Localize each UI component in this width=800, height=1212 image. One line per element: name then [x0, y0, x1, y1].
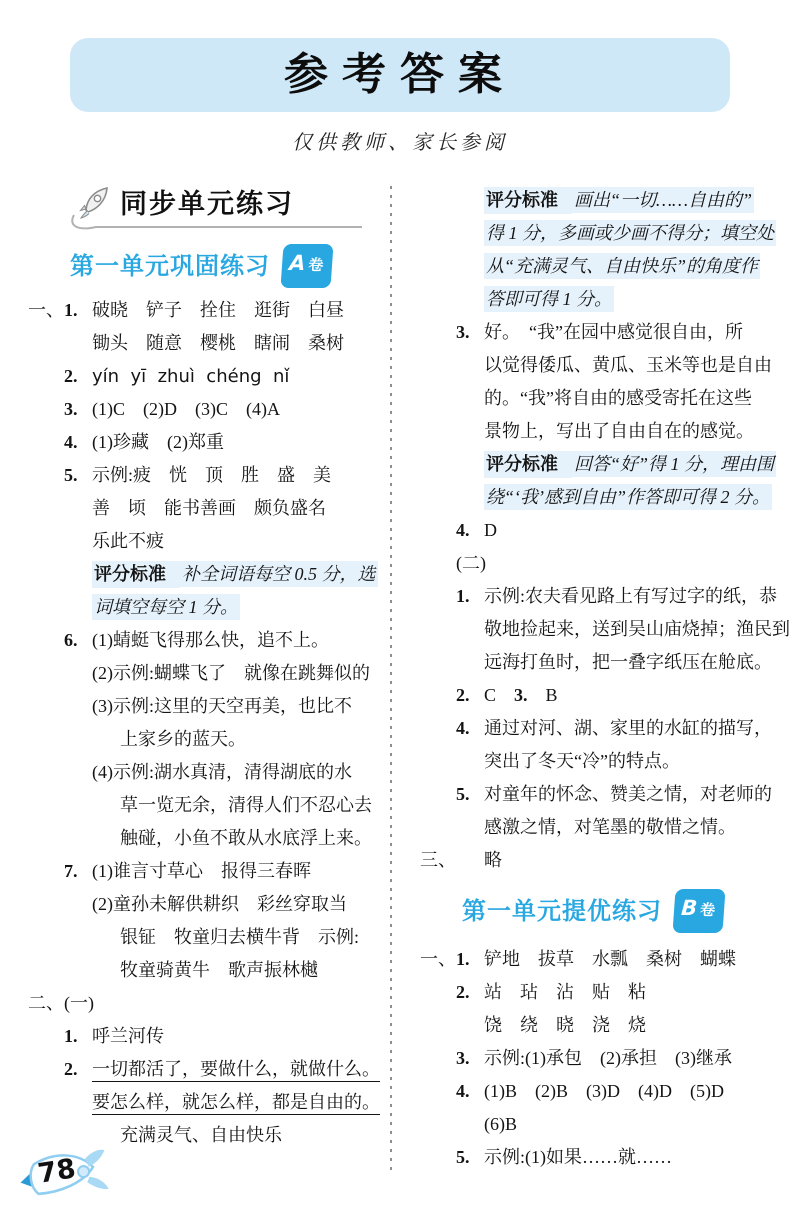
answer-line: 锄头 随意 樱桃 瞎闹 桑树: [28, 327, 382, 360]
item-number: 7.: [64, 855, 78, 888]
answer-text: 锄头 随意 樱桃 瞎闹 桑树: [92, 333, 344, 353]
score-text: 得 1 分，多画或少画不得分；填空处: [484, 220, 776, 246]
answer-line: 7.(1)谁言寸草心 报得三春晖: [28, 855, 382, 888]
item-number: 2.: [456, 679, 470, 712]
answer-line: 牧童骑黄牛 歌声振林樾: [28, 954, 382, 987]
answer-line: 3.好。 “我”在园中感觉很自由，所: [420, 316, 766, 349]
answer-text: 远海打鱼时，把一叠字纸压在舱底。: [484, 652, 772, 672]
page-subtitle: 仅供教师、家长参阅: [0, 126, 800, 155]
answer-text: (1)珍藏 (2)郑重: [92, 432, 224, 452]
answer-text: (二): [456, 553, 486, 573]
answer-text: (1)B (2)B (3)D (4)D (5)D: [484, 1081, 724, 1101]
answer-line: (二): [420, 547, 766, 580]
answer-text: 示例:疲 恍 顶 胜 盛 美: [92, 465, 331, 485]
item-number: 5.: [64, 459, 78, 492]
answer-line: 2.yín yī zhuì chéng nǐ: [28, 360, 382, 393]
answer-line: 6.(1)蜻蜓飞得那么快，追不上。: [28, 624, 382, 657]
underlined-answer: 要怎么样，就怎么样，都是自由的。: [92, 1092, 380, 1112]
score-text: 回答“好”得 1 分，理由围: [572, 451, 776, 477]
answer-line: (6)B: [420, 1108, 766, 1141]
answer-text: (6)B: [484, 1114, 517, 1134]
answer-text: 站 玷 沾 贴 粘: [484, 982, 646, 1002]
answer-line: 评分标准画出“一切……自由的”: [420, 184, 766, 217]
left-answer-lines: 一、1.破晓 铲子 拴住 逛街 白昼锄头 随意 樱桃 瞎闹 桑树2.yín yī…: [28, 294, 382, 1152]
answer-line: 从“充满灵气、自由快乐”的角度作: [420, 250, 766, 283]
item-number: 5.: [456, 1141, 470, 1174]
answer-text: 的。“我”将自由的感受寄托在这些: [484, 388, 752, 408]
heading-unit1-b: 第一单元提优练习 B 卷: [420, 889, 766, 933]
answer-line: 1.示例:农夫看见路上有写过字的纸，恭: [420, 580, 766, 613]
answer-line: 4.D: [420, 514, 766, 547]
answer-page: 参考答案 仅供教师、家长参阅 同步单元练习 第一单元巩固练习 A: [0, 0, 800, 1212]
answer-text: C: [484, 685, 514, 705]
section-marker: 一、: [420, 943, 456, 976]
answer-text: 乐此不疲: [92, 531, 164, 551]
item-number: 3.: [456, 316, 470, 349]
item-number: 1.: [456, 943, 470, 976]
answer-text: 以觉得倭瓜、黄瓜、玉米等也是自由: [484, 355, 772, 375]
item-number: 1.: [64, 1020, 78, 1053]
answer-line: 景物上，写出了自由自在的感觉。: [420, 415, 766, 448]
answer-line: 三、略: [420, 844, 766, 877]
answer-text: 通过对河、湖、家里的水缸的描写，: [484, 718, 772, 738]
score-text: 词填空每空 1 分。: [92, 594, 240, 620]
answer-text: 触碰，小鱼不敢从水底浮上来。: [120, 828, 372, 848]
answer-line: 触碰，小鱼不敢从水底浮上来。: [28, 822, 382, 855]
item-number: 2.: [456, 976, 470, 1009]
right-column: 评分标准画出“一切……自由的”得 1 分，多画或少画不得分；填空处从“充满灵气、…: [402, 184, 766, 1174]
answer-line: 4.(1)B (2)B (3)D (4)D (5)D: [420, 1075, 766, 1108]
answer-header-box: 参考答案: [70, 38, 730, 112]
right-answer-lines-top: 评分标准画出“一切……自由的”得 1 分，多画或少画不得分；填空处从“充满灵气、…: [420, 184, 766, 877]
answer-text: 突出了冬天“冷”的特点。: [484, 751, 680, 771]
score-text: 绕“‘我’感到自由”作答即可得 2 分。: [484, 484, 772, 510]
badge-a-letter: A: [288, 252, 307, 274]
answer-line: 词填空每空 1 分。: [28, 591, 382, 624]
answer-line: 答即可得 1 分。: [420, 283, 766, 316]
item-number: 3.: [456, 1042, 470, 1075]
item-number: 4.: [64, 426, 78, 459]
answer-line: 5.对童年的怀念、赞美之情，对老师的: [420, 778, 766, 811]
answer-text: 饶 绕 晓 浇 烧: [484, 1015, 646, 1035]
answer-line: 4.(1)珍藏 (2)郑重: [28, 426, 382, 459]
answer-text: 示例:(1)承包 (2)承担 (3)继承: [484, 1048, 732, 1068]
answer-text: 示例:(1)如果……就……: [484, 1147, 672, 1167]
answer-line: 以觉得倭瓜、黄瓜、玉米等也是自由: [420, 349, 766, 382]
badge-b: B 卷: [672, 889, 725, 933]
answer-text: 景物上，写出了自由自在的感觉。: [484, 421, 754, 441]
score-label: 评分标准: [484, 187, 572, 214]
score-label: 评分标准: [484, 451, 572, 478]
item-number: 3.: [64, 393, 78, 426]
score-text: 从“充满灵气、自由快乐”的角度作: [484, 253, 760, 279]
section-marker: 一、: [28, 294, 64, 327]
answer-line: 评分标准回答“好”得 1 分，理由围: [420, 448, 766, 481]
answer-text: (一): [64, 993, 94, 1013]
answer-text: 善 顷 能书善画 颇负盛名: [92, 498, 326, 518]
answer-text: 银钲 牧童归去横牛背 示例:: [120, 927, 359, 947]
section-header: 同步单元练习: [28, 184, 382, 236]
underlined-answer: 一切都活了，要做什么，就做什么。: [92, 1059, 380, 1079]
answer-line: 的。“我”将自由的感受寄托在这些: [420, 382, 766, 415]
answer-text: D: [484, 520, 497, 540]
answer-line: 要怎么样，就怎么样，都是自由的。: [28, 1086, 382, 1119]
item-number: 6.: [64, 624, 78, 657]
answer-line: 上家乡的蓝天。: [28, 723, 382, 756]
pinyin-text: yín yī zhuì chéng nǐ: [92, 366, 289, 387]
heading-unit1-a: 第一单元巩固练习 A 卷: [70, 244, 382, 288]
answer-text: 铲地 拔草 水瓢 桑树 蝴蝶: [484, 949, 736, 969]
item-number: 2.: [64, 1053, 78, 1086]
answer-text: 略: [484, 850, 502, 870]
heading-a-text: 第一单元巩固练习: [70, 246, 270, 286]
answer-line: (3)示例:这里的天空再美，也比不: [28, 690, 382, 723]
answer-text: 对童年的怀念、赞美之情，对老师的: [484, 784, 772, 804]
answer-line: 乐此不疲: [28, 525, 382, 558]
answer-text: 破晓 铲子 拴住 逛街 白昼: [92, 300, 344, 320]
answer-line: 远海打鱼时，把一叠字纸压在舱底。: [420, 646, 766, 679]
answer-line: 4.通过对河、湖、家里的水缸的描写，: [420, 712, 766, 745]
score-text: 画出“一切……自由的”: [572, 187, 754, 213]
score-text: 补全词语每空 0.5 分，选: [180, 561, 378, 587]
right-answer-lines-bottom: 一、1.铲地 拔草 水瓢 桑树 蝴蝶2.站 玷 沾 贴 粘饶 绕 晓 浇 烧3.…: [420, 943, 766, 1174]
page-number: 78: [36, 1153, 78, 1189]
badge-b-letter: B: [680, 897, 699, 919]
answer-line: 5.示例:(1)如果……就……: [420, 1141, 766, 1174]
answer-text: (4)示例:湖水真清，清得湖底的水: [92, 762, 352, 782]
page-number-rocket: 78: [12, 1144, 112, 1208]
badge-a: A 卷: [280, 244, 333, 288]
answer-text: 敬地捡起来，送到吴山庙烧掉；渔民到: [484, 619, 790, 639]
item-number: 4.: [456, 1075, 470, 1108]
answer-line: (2)示例:蝴蝶飞了 就像在跳舞似的: [28, 657, 382, 690]
answer-line: 二、(一): [28, 987, 382, 1020]
item-number: 1.: [64, 294, 78, 327]
answer-text: 好。 “我”在园中感觉很自由，所: [484, 322, 743, 342]
item-number: 4.: [456, 514, 470, 547]
answer-text: B: [528, 685, 558, 705]
answer-text: (1)蜻蜓飞得那么快，追不上。: [92, 630, 329, 650]
answer-text: 感激之情，对笔墨的敬惜之情。: [484, 817, 736, 837]
answer-line: (2)童孙未解供耕织 彩丝穿取当: [28, 888, 382, 921]
answer-line: 1.呼兰河传: [28, 1020, 382, 1053]
item-number: 4.: [456, 712, 470, 745]
answer-text: (3)示例:这里的天空再美，也比不: [92, 696, 352, 716]
badge-a-char: 卷: [307, 245, 326, 285]
column-divider: [390, 186, 392, 1174]
score-label: 评分标准: [92, 561, 180, 588]
answer-line: 敬地捡起来，送到吴山庙烧掉；渔民到: [420, 613, 766, 646]
answer-line: 2.一切都活了，要做什么，就做什么。: [28, 1053, 382, 1086]
answer-line: 一、1.铲地 拔草 水瓢 桑树 蝴蝶: [420, 943, 766, 976]
answer-line: 感激之情，对笔墨的敬惜之情。: [420, 811, 766, 844]
item-number: 5.: [456, 778, 470, 811]
bold-number: 3.: [514, 685, 528, 705]
answer-text: 呼兰河传: [92, 1026, 164, 1046]
item-number: 1.: [456, 580, 470, 613]
heading-b-text: 第一单元提优练习: [462, 891, 662, 931]
answer-line: 银钲 牧童归去横牛背 示例:: [28, 921, 382, 954]
answer-line: 一、1.破晓 铲子 拴住 逛街 白昼: [28, 294, 382, 327]
section-marker: 三、: [420, 844, 456, 877]
answer-text: (2)示例:蝴蝶飞了 就像在跳舞似的: [92, 663, 370, 683]
answer-line: 5.示例:疲 恍 顶 胜 盛 美: [28, 459, 382, 492]
page-title: 参考答案: [70, 38, 730, 112]
answer-text: 充满灵气、自由快乐: [120, 1125, 282, 1145]
answer-line: 2.C 3. B: [420, 679, 766, 712]
answer-line: 得 1 分，多画或少画不得分；填空处: [420, 217, 766, 250]
badge-b-char: 卷: [699, 890, 718, 930]
answer-line: 绕“‘我’感到自由”作答即可得 2 分。: [420, 481, 766, 514]
answer-text: 上家乡的蓝天。: [120, 729, 246, 749]
answer-text: (2)童孙未解供耕织 彩丝穿取当: [92, 894, 347, 914]
answer-line: 善 顷 能书善画 颇负盛名: [28, 492, 382, 525]
answer-text: 牧童骑黄牛 歌声振林樾: [120, 960, 318, 980]
answer-text: (1)C (2)D (3)C (4)A: [92, 399, 280, 419]
answer-line: 评分标准补全词语每空 0.5 分，选: [28, 558, 382, 591]
answer-line: 3.示例:(1)承包 (2)承担 (3)继承: [420, 1042, 766, 1075]
score-text: 答即可得 1 分。: [484, 286, 614, 312]
answer-columns: 同步单元练习 第一单元巩固练习 A 卷 一、1.破晓 铲子 拴住 逛街 白昼锄头…: [28, 184, 766, 1174]
answer-line: 草一览无余，清得人们不忍心去: [28, 789, 382, 822]
section-marker: 二、: [28, 987, 64, 1020]
answer-line: 2.站 玷 沾 贴 粘: [420, 976, 766, 1009]
item-number: 2.: [64, 360, 78, 393]
section-underline: [66, 214, 366, 234]
answer-text: 草一览无余，清得人们不忍心去: [120, 795, 372, 815]
answer-line: 3.(1)C (2)D (3)C (4)A: [28, 393, 382, 426]
left-column: 同步单元练习 第一单元巩固练习 A 卷 一、1.破晓 铲子 拴住 逛街 白昼锄头…: [28, 184, 382, 1174]
answer-text: 示例:农夫看见路上有写过字的纸，恭: [484, 586, 777, 606]
answer-line: (4)示例:湖水真清，清得湖底的水: [28, 756, 382, 789]
answer-text: (1)谁言寸草心 报得三春晖: [92, 861, 311, 881]
answer-line: 饶 绕 晓 浇 烧: [420, 1009, 766, 1042]
answer-line: 突出了冬天“冷”的特点。: [420, 745, 766, 778]
